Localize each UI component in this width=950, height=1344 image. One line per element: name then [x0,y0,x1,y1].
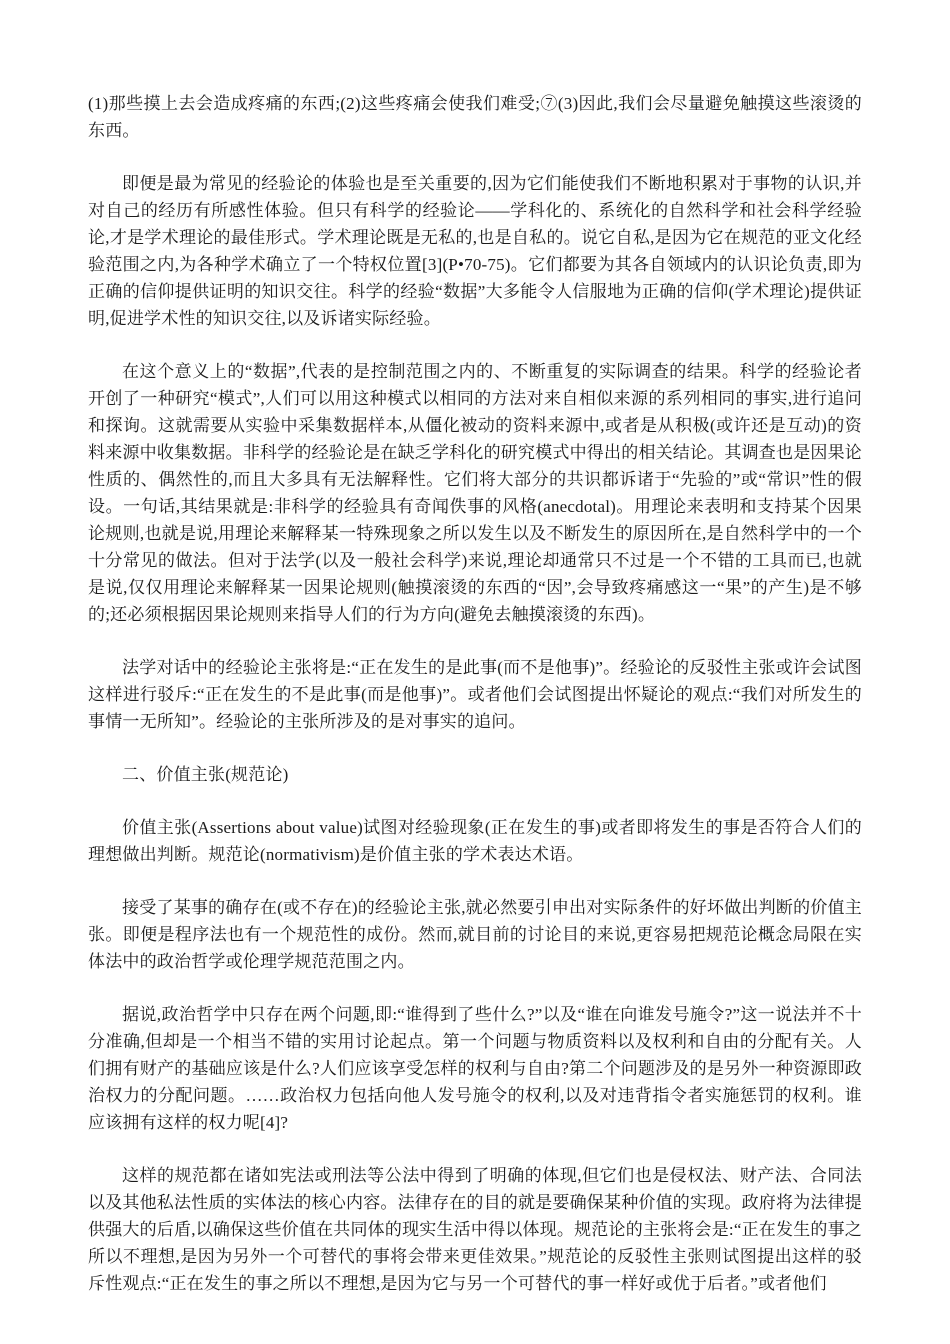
paragraph: 价值主张(Assertions about value)试图对经验现象(正在发生… [88,814,862,868]
paragraph: 法学对话中的经验论主张将是:“正在发生的是此事(而不是他事)”。经验论的反驳性主… [88,654,862,735]
text-body: (1)那些摸上去会造成疼痛的东西;(2)这些疼痛会使我们难受;⑦(3)因此,我们… [88,90,862,1323]
document-page: (1)那些摸上去会造成疼痛的东西;(2)这些疼痛会使我们难受;⑦(3)因此,我们… [0,0,950,1344]
paragraph: 即便是最为常见的经验论的体验也是至关重要的,因为它们能使我们不断地积累对于事物的… [88,170,862,332]
section-heading: 二、价值主张(规范论) [88,761,862,788]
paragraph: 据说,政治哲学中只存在两个问题,即:“谁得到了些什么?”以及“谁在向谁发号施令?… [88,1001,862,1136]
paragraph: 接受了某事的确存在(或不存在)的经验论主张,就必然要引申出对实际条件的好坏做出判… [88,894,862,975]
paragraph: 这样的规范都在诸如宪法或刑法等公法中得到了明确的体现,但它们也是侵权法、财产法、… [88,1162,862,1297]
paragraph: 在这个意义上的“数据”,代表的是控制范围之内的、不断重复的实际调查的结果。科学的… [88,358,862,628]
paragraph-continuation: (1)那些摸上去会造成疼痛的东西;(2)这些疼痛会使我们难受;⑦(3)因此,我们… [88,90,862,144]
